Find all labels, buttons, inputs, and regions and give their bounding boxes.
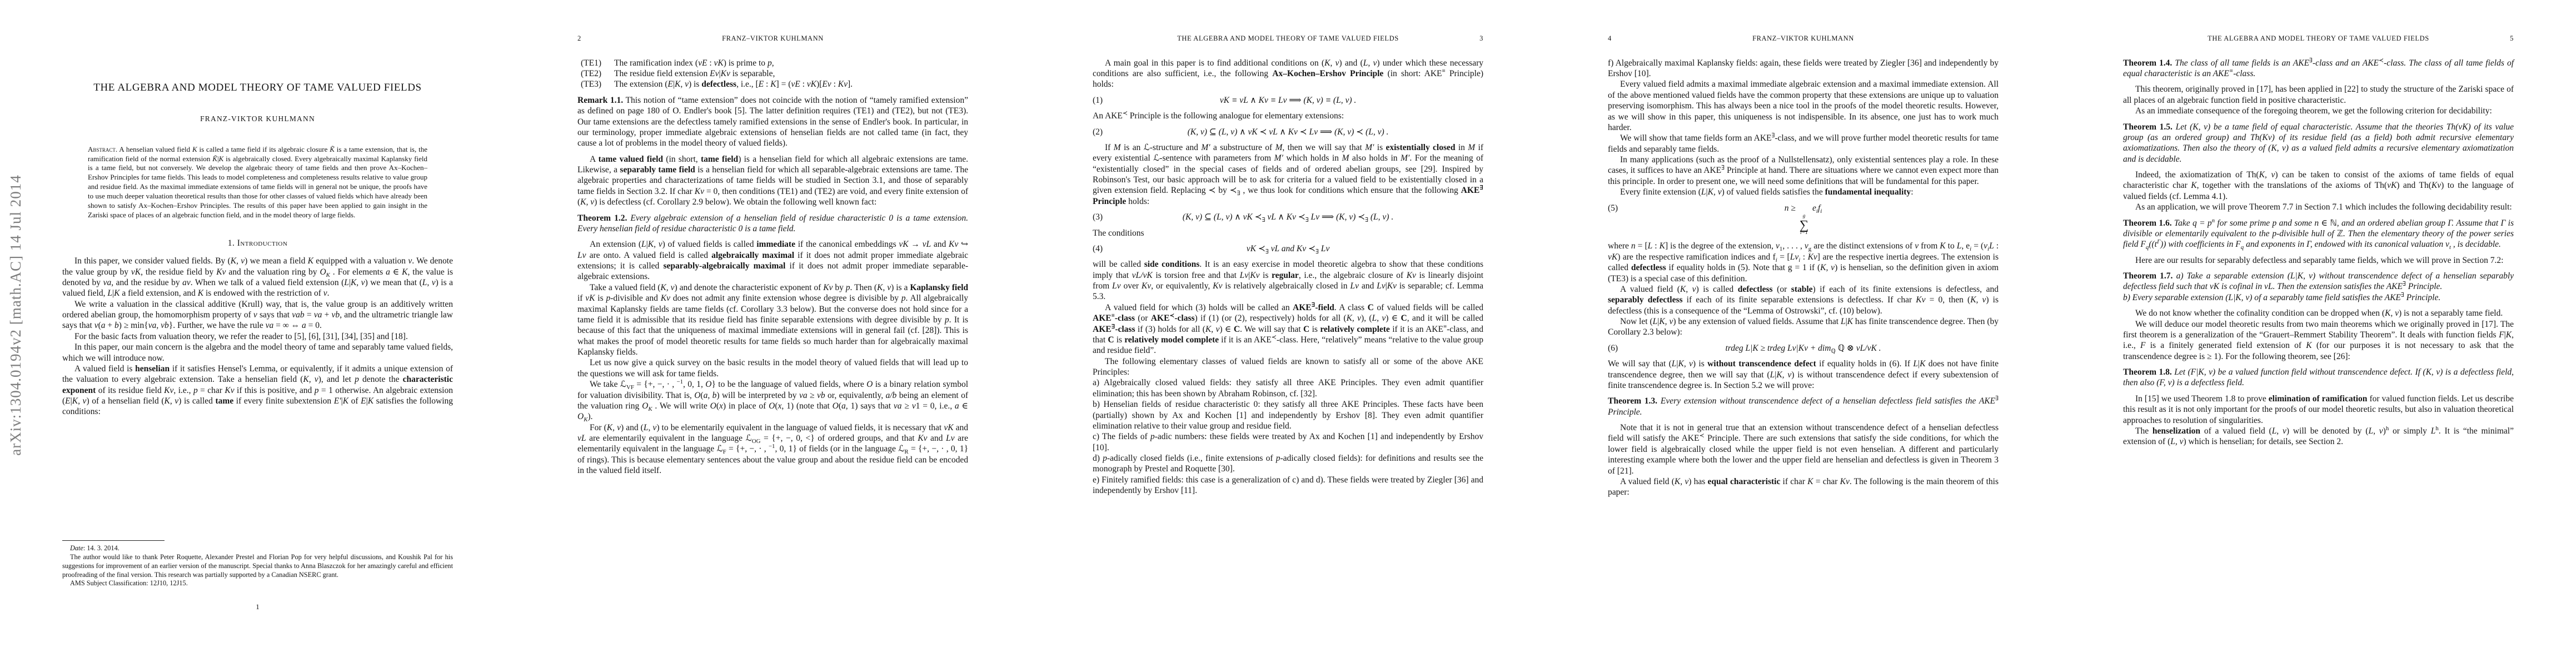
theorem: Remark 1.1. This notion of “tame extensi…: [577, 95, 968, 149]
equation: (1)vK ≡ vL ∧ Kv ≡ Lv ⟹ (K, v) ≡ (L, v) .: [1093, 95, 1483, 106]
paragraph: We will say that (L|K, v) is without tra…: [1608, 359, 1999, 391]
paragraph: We do not know whether the cofinality co…: [2123, 308, 2514, 318]
theorem: Theorem 1.5. Let (K, v) be a tame field …: [2123, 122, 2514, 165]
running-header: THE ALGEBRA AND MODEL THEORY OF TAME VAL…: [1093, 34, 1483, 43]
theorem: Theorem 1.2. Every algebraic extension o…: [577, 213, 968, 235]
theorem: Theorem 1.3. Every extension without tra…: [1608, 396, 1999, 417]
footnote: Date: 14. 3. 2014.: [62, 544, 453, 553]
page-content: 4FRANZ–VIKTOR KUHLMANNf) Algebraically m…: [1608, 0, 1999, 498]
theorem: Theorem 1.8. Let (F|K, v) be a valued fu…: [2123, 367, 2514, 389]
list-item: (TE1)The ramification index (vE : vK) is…: [577, 58, 968, 68]
footnote: The author would like to thank Peter Roq…: [62, 553, 453, 579]
paragraph: We will show that tame fields form an AK…: [1608, 133, 1999, 155]
paragraph: In many applications (such as the proof …: [1608, 155, 1999, 187]
abstract: Abstract. A henselian valued field K is …: [88, 145, 427, 220]
paragraph: Indeed, the axiomatization of Th(K, v) c…: [2123, 170, 2514, 202]
paragraph: For (K, v) and (L, v) to be elementarily…: [577, 422, 968, 476]
paper-author: FRANZ-VIKTOR KUHLMANN: [62, 115, 453, 124]
footnote: AMS Subject Classification: 12J10, 12J15…: [62, 579, 453, 588]
page-content: THE ALGEBRA AND MODEL THEORY OF TAME VAL…: [2123, 0, 2514, 447]
page-content: THE ALGEBRA AND MODEL THEORY OF TAME VAL…: [62, 0, 453, 417]
paragraph: Every finite extension (L|K, v) of value…: [1608, 187, 1999, 197]
paragraph: The henselization of a valued field (L, …: [2123, 426, 2514, 447]
paragraph: A valued field (K, v) is called defectle…: [1608, 284, 1999, 316]
equation: (2)(K, v) ⊆ (L, v) ∧ vK ≺ vL ∧ Kv ≺ Lv ⟹…: [1093, 127, 1483, 137]
running-header: THE ALGEBRA AND MODEL THEORY OF TAME VAL…: [2123, 34, 2514, 43]
paragraph: We take ℒVF = {+, −, · , −1, 0, 1, O} to…: [577, 379, 968, 422]
paper-title: THE ALGEBRA AND MODEL THEORY OF TAME VAL…: [62, 81, 453, 94]
equation: (6)trdeg L|K ≥ trdeg Lv|Kv + dimℚ ℚ ⊗ vL…: [1608, 343, 1999, 354]
paragraph: c) The fields of p-adic numbers: these f…: [1093, 431, 1483, 453]
paragraph: A main goal in this paper is to find add…: [1093, 58, 1483, 90]
paragraph: Let us now give a quick survey on the ba…: [577, 357, 968, 379]
paragraph: We will deduce our model theoretic resul…: [2123, 319, 2514, 362]
header-title: FRANZ–VIKTOR KUHLMANN: [722, 34, 824, 42]
theorem: Theorem 1.6. Take q = pn for some prime …: [2123, 218, 2514, 250]
running-header: 2FRANZ–VIKTOR KUHLMANN: [577, 34, 968, 43]
paragraph: Now let (L|K, v) be any extension of val…: [1608, 316, 1999, 338]
paragraph: As an application, we will prove Theorem…: [2123, 202, 2514, 212]
page-5: THE ALGEBRA AND MODEL THEORY OF TAME VAL…: [2061, 0, 2576, 667]
header-title: THE ALGEBRA AND MODEL THEORY OF TAME VAL…: [1177, 34, 1399, 42]
paragraph: In this paper, our main concern is the a…: [62, 342, 453, 364]
paragraph: A valued field for which (3) holds will …: [1093, 302, 1483, 356]
paragraph: This theorem, originally proved in [17],…: [2123, 84, 2514, 106]
page-content: 2FRANZ–VIKTOR KUHLMANN(TE1)The ramificat…: [577, 0, 968, 476]
paragraph: The conditions: [1093, 228, 1483, 238]
equation: (5)n ≥ g∑i=1 eifi: [1608, 203, 1999, 236]
footnote-rule: [62, 540, 165, 541]
paragraph: A valued field is henselian if it satisf…: [62, 364, 453, 417]
paragraph: where n = [L : K] is the degree of the e…: [1608, 241, 1999, 284]
equation: (3)(K, v) ⊆ (L, v) ∧ vK ≺∃ vL ∧ Kv ≺∃ Lv…: [1093, 212, 1483, 222]
paragraph: Take a valued field (K, v) and denote th…: [577, 282, 968, 358]
page-1: THE ALGEBRA AND MODEL THEORY OF TAME VAL…: [0, 0, 515, 667]
header-title: THE ALGEBRA AND MODEL THEORY OF TAME VAL…: [2208, 34, 2429, 42]
header-page-number-left: 4: [1608, 34, 1612, 43]
section-heading: 1. Introduction: [62, 238, 453, 248]
paper-spread: arXiv:1304.0194v2 [math.AC] 14 Jul 2014 …: [0, 0, 2576, 667]
paragraph: Here are our results for separably defec…: [2123, 255, 2514, 266]
paragraph: Every valued field admits a maximal imme…: [1608, 79, 1999, 133]
header-page-number-left: 2: [577, 34, 581, 43]
list-item: (TE3)The extension (E|K, v) is defectles…: [577, 79, 968, 89]
paragraph: e) Finitely ramified fields: this case i…: [1093, 475, 1483, 496]
paragraph: b) Henselian fields of residue character…: [1093, 399, 1483, 431]
page-2: 2FRANZ–VIKTOR KUHLMANN(TE1)The ramificat…: [515, 0, 1030, 667]
paragraph: An AKE≺ Principle is the following analo…: [1093, 111, 1483, 121]
paragraph: In this paper, we consider valued fields…: [62, 256, 453, 299]
paragraph: As an immediate consequence of the foreg…: [2123, 106, 2514, 116]
header-title: FRANZ–VIKTOR KUHLMANN: [1752, 34, 1854, 42]
paragraph: a) Algebraically closed valued fields: t…: [1093, 377, 1483, 399]
paragraph: d) p-adically closed fields (i.e., finit…: [1093, 453, 1483, 475]
page-3: THE ALGEBRA AND MODEL THEORY OF TAME VAL…: [1030, 0, 1546, 667]
page-4: 4FRANZ–VIKTOR KUHLMANNf) Algebraically m…: [1546, 0, 2061, 667]
list-item: (TE2)The residue field extension Ev|Kv i…: [577, 68, 968, 79]
paragraph: Note that it is not in general true that…: [1608, 422, 1999, 476]
equation: (4)vK ≺∃ vL and Kv ≺∃ Lv: [1093, 243, 1483, 254]
paragraph: In [15] we used Theorem 1.8 to prove eli…: [2123, 394, 2514, 426]
paragraph: A valued field (K, v) has equal characte…: [1608, 476, 1999, 498]
theorem: Theorem 1.4. The class of all tame field…: [2123, 58, 2514, 79]
page-number: 1: [0, 603, 515, 611]
paragraph: The following elementary classes of valu…: [1093, 356, 1483, 378]
paragraph: A tame valued field (in short, tame fiel…: [577, 154, 968, 208]
paragraph: f) Algebraically maximal Kaplansky field…: [1608, 58, 1999, 79]
header-page-number-right: 3: [1479, 34, 1483, 43]
theorem: Theorem 1.7. a) Take a separable extensi…: [2123, 271, 2514, 303]
running-header: 4FRANZ–VIKTOR KUHLMANN: [1608, 34, 1999, 43]
paragraph: For the basic facts from valuation theor…: [62, 331, 453, 342]
paragraph: If M is an ℒ-structure and M′ a substruc…: [1093, 142, 1483, 207]
header-page-number-right: 5: [2510, 34, 2514, 43]
page-content: THE ALGEBRA AND MODEL THEORY OF TAME VAL…: [1093, 0, 1483, 496]
paragraph: An extension (L|K, v) of valued fields i…: [577, 239, 968, 282]
paragraph: will be called side conditions. It is an…: [1093, 259, 1483, 302]
paragraph: We write a valuation in the classical ad…: [62, 299, 453, 331]
footnotes: Date: 14. 3. 2014.The author would like …: [62, 540, 453, 588]
